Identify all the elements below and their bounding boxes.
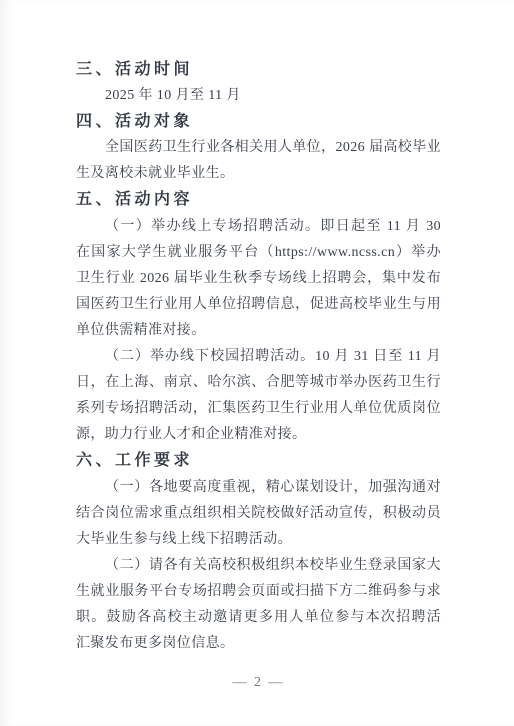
paragraph-line: （一）举办线上专场招聘活动。即日起至 11 月 30 日， <box>76 214 441 240</box>
paragraph-line: 职。鼓励各高校主动邀请更多用人单位参与本次招聘活动， <box>76 605 441 631</box>
heading-section-4-activity-target: 四、活动对象 <box>76 109 441 135</box>
paragraph-line: 大毕业生参与线上线下招聘活动。 <box>76 527 441 553</box>
paragraph-line: （二）请各有关高校积极组织本校毕业生登录国家大学 <box>76 553 441 579</box>
paragraph-line: 源，助力行业人才和企业精准对接。 <box>76 422 441 448</box>
paragraph-line: 全国医药卫生行业各相关用人单位，2026 届高校毕业 <box>76 135 441 161</box>
heading-section-3-activity-time: 三、活动时间 <box>76 57 441 83</box>
paragraph-line-activity-time: 2025 年 10 月至 11 月 <box>76 83 441 109</box>
paragraph-line: （二）举办线下校园招聘活动。10 月 31 日至 11 月 23 <box>76 344 441 370</box>
paragraph-line: 系列专场招聘活动，汇集医药卫生行业用人单位优质岗位资 <box>76 396 441 422</box>
paragraph-line: 生及离校未就业毕业生。 <box>76 161 441 187</box>
paragraph-line: 日，在上海、南京、哈尔滨、合肥等城市举办医药卫生行业 <box>76 370 441 396</box>
paragraph-line: 卫生行业 2026 届毕业生秋季专场线上招聘会，集中发布全 <box>76 266 441 292</box>
paragraph-line: 结合岗位需求重点组织相关院校做好活动宣传，积极动员广 <box>76 501 441 527</box>
paragraph-line-platform-url: 在国家大学生就业服务平台（https://www.ncss.cn）举办医药 <box>76 240 441 266</box>
document-page: 三、活动时间 2025 年 10 月至 11 月 四、活动对象 全国医药卫生行业… <box>0 0 514 726</box>
heading-section-5-activity-content: 五、活动内容 <box>76 187 441 213</box>
paragraph-line: 汇聚发布更多岗位信息。 <box>76 631 441 657</box>
paragraph-line: 单位供需精准对接。 <box>76 318 441 344</box>
paragraph-line: （一）各地要高度重视，精心谋划设计，加强沟通对接， <box>76 475 441 501</box>
paragraph-line: 生就业服务平台专场招聘会页面或扫描下方二维码参与求 <box>76 579 441 605</box>
document-body: 三、活动时间 2025 年 10 月至 11 月 四、活动对象 全国医药卫生行业… <box>76 57 441 657</box>
heading-section-6-work-requirements: 六、工作要求 <box>76 448 441 474</box>
paragraph-line: 国医药卫生行业用人单位招聘信息，促进高校毕业生与用人 <box>76 292 441 318</box>
page-number: — 2 — <box>76 675 441 691</box>
